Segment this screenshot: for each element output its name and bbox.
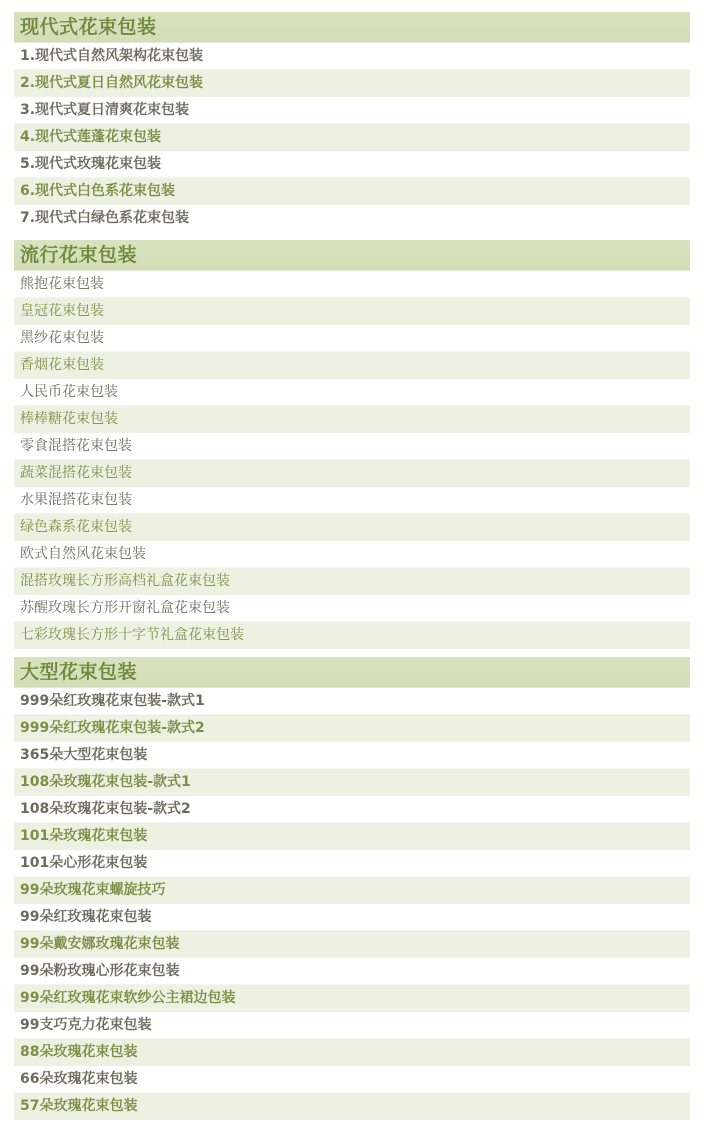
list-item[interactable]: 57朵玫瑰花束包装 [14, 1092, 690, 1120]
list-item[interactable]: 七彩玫瑰长方形十字节礼盒花束包装 [14, 621, 690, 649]
list-item[interactable]: 2.现代式夏日自然风花束包装 [14, 69, 690, 97]
section-popular: 流行花束包装 熊抱花束包装 皇冠花束包装 黑纱花束包装 香烟花束包装 人民币花束… [14, 240, 690, 649]
list-item[interactable]: 99朵红玫瑰花束包装 [14, 904, 690, 931]
list-item[interactable]: 3.现代式夏日清爽花束包装 [14, 97, 690, 124]
list-item[interactable]: 混搭玫瑰长方形高档礼盒花束包装 [14, 567, 690, 595]
list-item[interactable]: 999朵红玫瑰花束包装-款式1 [14, 688, 690, 715]
list-item[interactable]: 66朵玫瑰花束包装 [14, 1066, 690, 1093]
list-item[interactable]: 苏醒玫瑰长方形开窗礼盒花束包装 [14, 595, 690, 622]
section-title: 现代式花束包装 [14, 12, 690, 43]
list-item[interactable]: 绿色森系花束包装 [14, 513, 690, 541]
list-item[interactable]: 108朵玫瑰花束包装-款式2 [14, 796, 690, 823]
bouquet-catalog: 现代式花束包装 1.现代式自然风架构花束包装 2.现代式夏日自然风花束包装 3.… [14, 12, 690, 1128]
list-item[interactable]: 99朵粉玫瑰心形花束包装 [14, 958, 690, 985]
section-modern: 现代式花束包装 1.现代式自然风架构花束包装 2.现代式夏日自然风花束包装 3.… [14, 12, 690, 232]
list-item[interactable]: 7.现代式白绿色系花束包装 [14, 205, 690, 232]
list-item[interactable]: 零食混搭花束包装 [14, 433, 690, 460]
list-item[interactable]: 蔬菜混搭花束包装 [14, 459, 690, 487]
section-title: 大型花束包装 [14, 657, 690, 688]
list-item[interactable]: 99朵玫瑰花束螺旋技巧 [14, 876, 690, 904]
list-item[interactable]: 人民币花束包装 [14, 379, 690, 406]
list-item[interactable]: 5.现代式玫瑰花束包装 [14, 151, 690, 178]
list-item[interactable]: 101朵玫瑰花束包装 [14, 822, 690, 850]
list-item[interactable]: 6.现代式白色系花束包装 [14, 177, 690, 205]
list-item[interactable]: 1.现代式自然风架构花束包装 [14, 43, 690, 70]
list-item[interactable]: 香烟花束包装 [14, 351, 690, 379]
list-item[interactable]: 99朵戴安娜玫瑰花束包装 [14, 930, 690, 958]
list-item[interactable]: 水果混搭花束包装 [14, 487, 690, 514]
section-large: 大型花束包装 999朵红玫瑰花束包装-款式1 999朵红玫瑰花束包装-款式2 3… [14, 657, 690, 1120]
list-item[interactable]: 101朵心形花束包装 [14, 850, 690, 877]
list-item[interactable]: 棒棒糖花束包装 [14, 405, 690, 433]
list-item[interactable]: 熊抱花束包装 [14, 271, 690, 298]
list-item[interactable]: 99支巧克力花束包装 [14, 1012, 690, 1039]
list-item[interactable]: 365朵大型花束包装 [14, 742, 690, 769]
list-item[interactable]: 欧式自然风花束包装 [14, 541, 690, 568]
list-item[interactable]: 皇冠花束包装 [14, 297, 690, 325]
list-item[interactable]: 99朵红玫瑰花束软纱公主裙边包装 [14, 984, 690, 1012]
list-item[interactable]: 88朵玫瑰花束包装 [14, 1038, 690, 1066]
list-item[interactable]: 108朵玫瑰花束包装-款式1 [14, 768, 690, 796]
list-item[interactable]: 999朵红玫瑰花束包装-款式2 [14, 714, 690, 742]
list-item[interactable]: 4.现代式莲蓬花束包装 [14, 123, 690, 151]
section-title: 流行花束包装 [14, 240, 690, 271]
list-item[interactable]: 黑纱花束包装 [14, 325, 690, 352]
